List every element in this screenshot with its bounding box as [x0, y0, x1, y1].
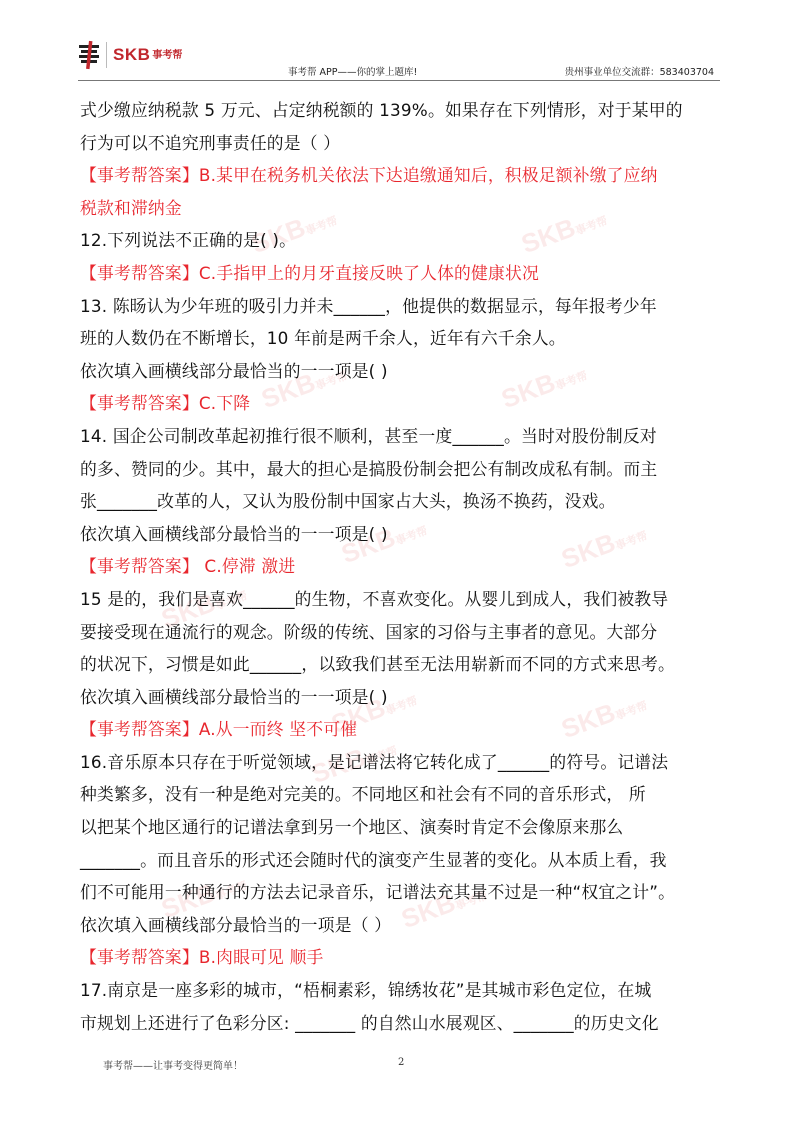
question-line: _______。而且音乐的形式还会随时代的演变产生显著的变化。从本质上看，我 [80, 844, 720, 877]
question-line: 依次填入画横线部分最恰当的一项是（ ） [80, 909, 720, 942]
answer-line: 【事考帮答案】A.从一而终 坚不可催 [80, 713, 720, 746]
question-line: 们不可能用一种通行的方法去记录音乐，记谱法充其量不过是一种“权宜之计”。 [80, 876, 720, 909]
question-line: 的状况下，习惯是如此______，以致我们甚至无法用崭新而不同的方式来思考。 [80, 648, 720, 681]
question-line: 14. 国企公司制改革起初推行很不顺利，甚至一度______。当时对股份制反对 [80, 420, 720, 453]
document-body: 式少缴应纳税款 5 万元、占定纳税额的 139%。如果存在下列情形，对于某甲的 … [80, 94, 720, 1039]
question-line: 13. 陈旸认为少年班的吸引力并未______，他提供的数据显示，每年报考少年 [80, 290, 720, 323]
answer-line: 【事考帮答案】C.手指甲上的月牙直接反映了人体的健康状况 [80, 257, 720, 290]
question-line: 市规划上还进行了色彩分区: _______ 的自然山水展观区、_______的历… [80, 1007, 720, 1040]
page-number: 2 [398, 1057, 404, 1068]
page-header: SKB 事考帮 事考帮 APP——你的掌上题库! 贵州事业单位交流群：58340… [78, 38, 720, 81]
question-line: 依次填入画横线部分最恰当的一一项是( ) [80, 518, 720, 551]
answer-line: 【事考帮答案】 C.停滞 激进 [80, 550, 720, 583]
logo-divider [106, 42, 107, 68]
question-line: 要接受现在通流行的观念。阶级的传统、国家的习俗与主事者的意见。大部分 [80, 616, 720, 649]
answer-line: 税款和滞纳金 [80, 192, 720, 225]
question-line: 的多、赞同的少。其中，最大的担心是搞股份制会把公有制改成私有制。而主 [80, 453, 720, 486]
logo-text: SKB [113, 45, 150, 65]
question-line: 15 是的，我们是喜欢______的生物，不喜欢变化。从婴儿到成人，我们被教导 [80, 583, 720, 616]
header-group-info: 贵州事业单位交流群：583403704 [565, 64, 714, 78]
logo-mark-icon [78, 40, 100, 70]
answer-line: 【事考帮答案】C.下降 [80, 387, 720, 420]
answer-line: 【事考帮答案】B.肉眼可见 顺手 [80, 941, 720, 974]
question-line: 种类繁多，没有一种是绝对完美的。不同地区和社会有不同的音乐形式， 所 [80, 778, 720, 811]
logo-cn-text: 事考帮 [152, 46, 182, 61]
question-line: 行为可以不追究刑事责任的是（ ） [80, 127, 720, 160]
footer-slogan: 事考帮——让事考变得更简单！ [103, 1057, 243, 1072]
question-line: 依次填入画横线部分最恰当的一一项是( ) [80, 355, 720, 388]
header-tagline: 事考帮 APP——你的掌上题库! [288, 64, 417, 78]
question-line: 张_______改革的人，又认为股份制中国家占大头，换汤不换药，没戏。 [80, 485, 720, 518]
question-line: 式少缴应纳税款 5 万元、占定纳税额的 139%。如果存在下列情形，对于某甲的 [80, 94, 720, 127]
question-line: 以把某个地区通行的记谱法拿到另一个地区、演奏时肯定不会像原来那么 [80, 811, 720, 844]
question-line: 12.下列说法不正确的是( )。 [80, 224, 720, 257]
question-line: 依次填入画横线部分最恰当的一一项是( ) [80, 681, 720, 714]
answer-line: 【事考帮答案】B.某甲在税务机关依法下达追缴通知后，积极足额补缴了应纳 [80, 159, 720, 192]
question-line: 班的人数仍在不断增长，10 年前是两千余人，近年有六千余人。 [80, 322, 720, 355]
question-line: 17.南京是一座多彩的城市，“梧桐素彩，锦绣妆花”是其城市彩色定位，在城 [80, 974, 720, 1007]
brand-logo: SKB 事考帮 [78, 38, 182, 72]
question-line: 16.音乐原本只存在于听觉领域，是记谱法将它转化成了______的符号。记谱法 [80, 746, 720, 779]
